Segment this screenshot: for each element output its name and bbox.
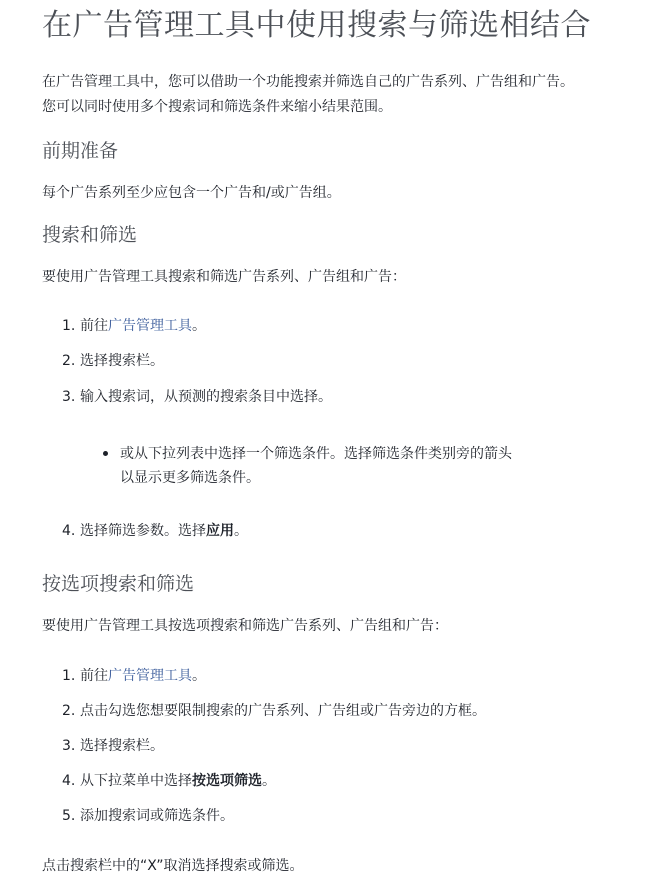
section-heading-by-selection: 按选项搜索和筛选 <box>42 571 194 597</box>
ads-manager-link[interactable]: 广告管理工具 <box>108 668 192 684</box>
by-selection-lead: 要使用广告管理工具按选项搜索和筛选广告系列、广告组和广告： <box>42 616 448 636</box>
search-filter-step-2: 2.选择搜索栏。 <box>62 351 164 371</box>
search-filter-step-4: 4.选择筛选参数。选择应用。 <box>62 521 248 541</box>
step-text-end: 。 <box>262 773 276 789</box>
page-title: 在广告管理工具中使用搜索与筛选相结合 <box>42 6 591 46</box>
step-text: 输入搜索词，从预测的搜索条目中选择。 <box>80 389 332 405</box>
intro-line-1: 在广告管理工具中，您可以借助一个功能搜索并筛选自己的广告系列、广告组和广告。 <box>42 72 574 92</box>
apply-emphasis: 应用 <box>206 523 234 539</box>
prereq-text: 每个广告系列至少应包含一个广告和/或广告组。 <box>42 183 341 203</box>
step-number: 1. <box>62 666 80 686</box>
step-number: 2. <box>62 701 80 721</box>
step-text-end: 。 <box>192 318 206 334</box>
step-text: 选择搜索栏。 <box>80 738 164 754</box>
step-text-end: 。 <box>192 668 206 684</box>
by-selection-step-4: 4.从下拉菜单中选择按选项筛选。 <box>62 771 276 791</box>
step-text-end: 。 <box>234 523 248 539</box>
step-text: 前往 <box>80 318 108 334</box>
search-filter-step-3: 3.输入搜索词，从预测的搜索条目中选择。 <box>62 387 332 407</box>
by-selection-step-1: 1.前往广告管理工具。 <box>62 666 206 686</box>
by-selection-step-5: 5.添加搜索词或筛选条件。 <box>62 806 234 826</box>
by-selection-step-3: 3.选择搜索栏。 <box>62 736 164 756</box>
step-text: 点击勾选您想要限制搜索的广告系列、广告组或广告旁边的方框。 <box>80 703 486 719</box>
section-heading-prereq: 前期准备 <box>42 138 118 164</box>
ads-manager-link[interactable]: 广告管理工具 <box>108 318 192 334</box>
intro-line-2: 您可以同时使用多个搜索词和筛选条件来缩小结果范围。 <box>42 97 392 117</box>
step-number: 5. <box>62 806 80 826</box>
step-text: 选择筛选参数。选择 <box>80 523 206 539</box>
step-number: 4. <box>62 521 80 541</box>
bullet-dot-icon <box>103 451 108 456</box>
step-number: 3. <box>62 736 80 756</box>
search-filter-step-1: 1.前往广告管理工具。 <box>62 316 206 336</box>
step-text: 添加搜索词或筛选条件。 <box>80 808 234 824</box>
step-text: 前往 <box>80 668 108 684</box>
step-text: 从下拉菜单中选择 <box>80 773 192 789</box>
step-number: 4. <box>62 771 80 791</box>
search-filter-lead: 要使用广告管理工具搜索和筛选广告系列、广告组和广告： <box>42 267 406 287</box>
bullet-line-1: 或从下拉列表中选择一个筛选条件。选择筛选条件类别旁的箭头 <box>103 442 575 466</box>
section-heading-search-filter: 搜索和筛选 <box>42 222 137 248</box>
by-selection-step-2: 2.点击勾选您想要限制搜索的广告系列、广告组或广告旁边的方框。 <box>62 701 486 721</box>
step-number: 1. <box>62 316 80 336</box>
filter-by-selection-emphasis: 按选项筛选 <box>192 773 262 789</box>
bullet-line-2: 以显示更多筛选条件。 <box>103 466 575 490</box>
footer-note: 点击搜索栏中的“X”取消选择搜索或筛选。 <box>42 856 304 876</box>
step-number: 2. <box>62 351 80 371</box>
step-number: 3. <box>62 387 80 407</box>
search-filter-bullet: 或从下拉列表中选择一个筛选条件。选择筛选条件类别旁的箭头 以显示更多筛选条件。 <box>103 442 583 490</box>
step-text: 选择搜索栏。 <box>80 353 164 369</box>
